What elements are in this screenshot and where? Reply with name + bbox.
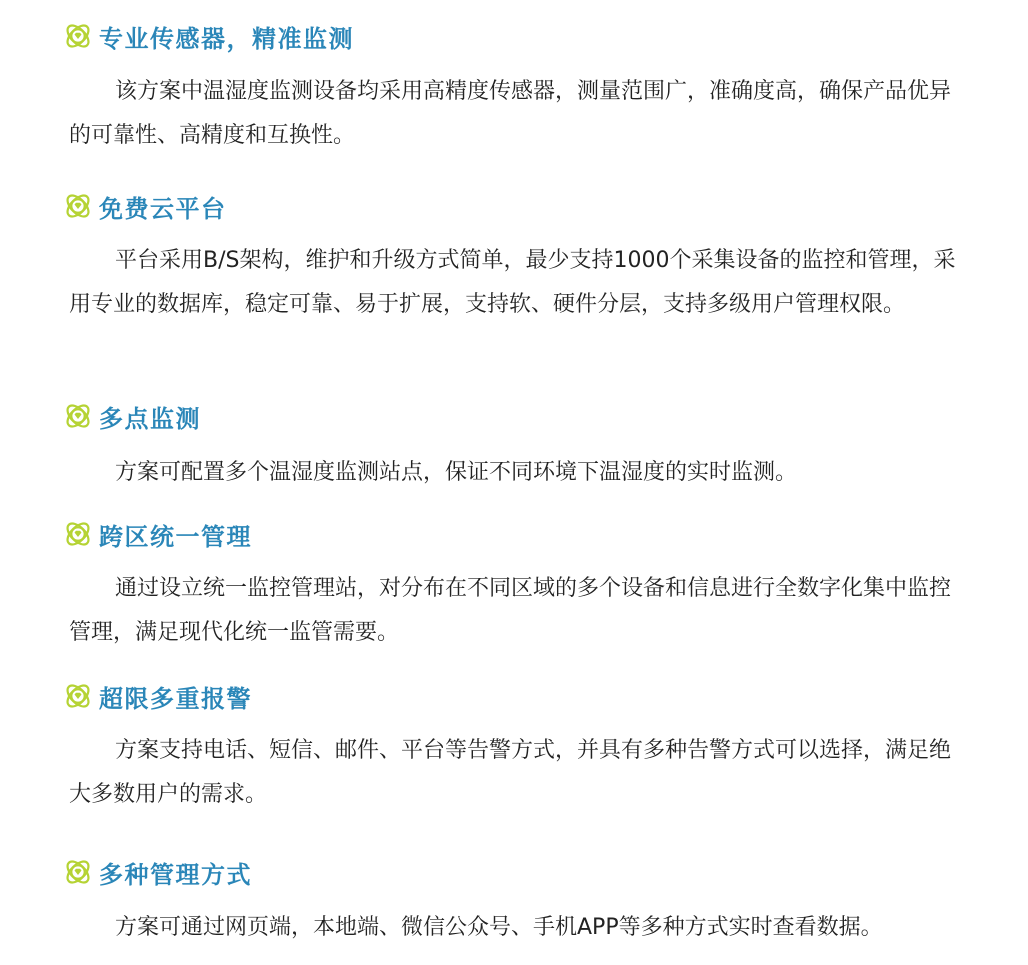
section-heading-management: 多种管理方式 bbox=[63, 855, 252, 889]
section-heading-alarm: 超限多重报警 bbox=[63, 679, 252, 713]
section-body-cross-region: 通过设立统一监控管理站，对分布在不同区域的多个设备和信息进行全数字化集中监控管理… bbox=[69, 567, 969, 655]
section-paragraph: 方案支持电话、短信、邮件、平台等告警方式，并具有多种告警方式可以选择，满足绝大多… bbox=[69, 729, 969, 817]
section-paragraph: 平台采用B/S架构，维护和升级方式简单，最少支持1000个采集设备的监控和管理，… bbox=[69, 239, 969, 327]
section-paragraph: 该方案中温湿度监测设备均采用高精度传感器，测量范围广，准确度高，确保产品优异的可… bbox=[69, 70, 969, 158]
diamond-orbit-icon bbox=[63, 21, 93, 51]
section-heading-multipoint: 多点监测 bbox=[63, 399, 201, 433]
diamond-orbit-icon bbox=[63, 401, 93, 431]
section-title: 多种管理方式 bbox=[99, 855, 252, 890]
section-heading-cloud: 免费云平台 bbox=[63, 189, 227, 223]
diamond-orbit-icon bbox=[63, 191, 93, 221]
diamond-orbit-icon bbox=[63, 681, 93, 711]
section-body-multipoint: 方案可配置多个温湿度监测站点，保证不同环境下温湿度的实时监测。 bbox=[69, 451, 969, 495]
section-heading-sensor: 专业传感器，精准监测 bbox=[63, 19, 354, 53]
section-title: 跨区统一管理 bbox=[99, 517, 252, 552]
section-title: 超限多重报警 bbox=[99, 679, 252, 714]
section-title: 专业传感器，精准监测 bbox=[99, 19, 354, 54]
section-body-sensor: 该方案中温湿度监测设备均采用高精度传感器，测量范围广，准确度高，确保产品优异的可… bbox=[69, 70, 969, 158]
section-body-alarm: 方案支持电话、短信、邮件、平台等告警方式，并具有多种告警方式可以选择，满足绝大多… bbox=[69, 729, 969, 817]
section-title: 多点监测 bbox=[99, 399, 201, 434]
section-body-cloud: 平台采用B/S架构，维护和升级方式简单，最少支持1000个采集设备的监控和管理，… bbox=[69, 239, 969, 327]
section-body-management: 方案可通过网页端，本地端、微信公众号、手机APP等多种方式实时查看数据。 bbox=[69, 906, 969, 950]
section-paragraph: 通过设立统一监控管理站，对分布在不同区域的多个设备和信息进行全数字化集中监控管理… bbox=[69, 567, 969, 655]
diamond-orbit-icon bbox=[63, 519, 93, 549]
section-paragraph: 方案可配置多个温湿度监测站点，保证不同环境下温湿度的实时监测。 bbox=[69, 451, 969, 495]
section-title: 免费云平台 bbox=[99, 189, 227, 224]
section-paragraph: 方案可通过网页端，本地端、微信公众号、手机APP等多种方式实时查看数据。 bbox=[69, 906, 969, 950]
diamond-orbit-icon bbox=[63, 857, 93, 887]
section-heading-cross-region: 跨区统一管理 bbox=[63, 517, 252, 551]
